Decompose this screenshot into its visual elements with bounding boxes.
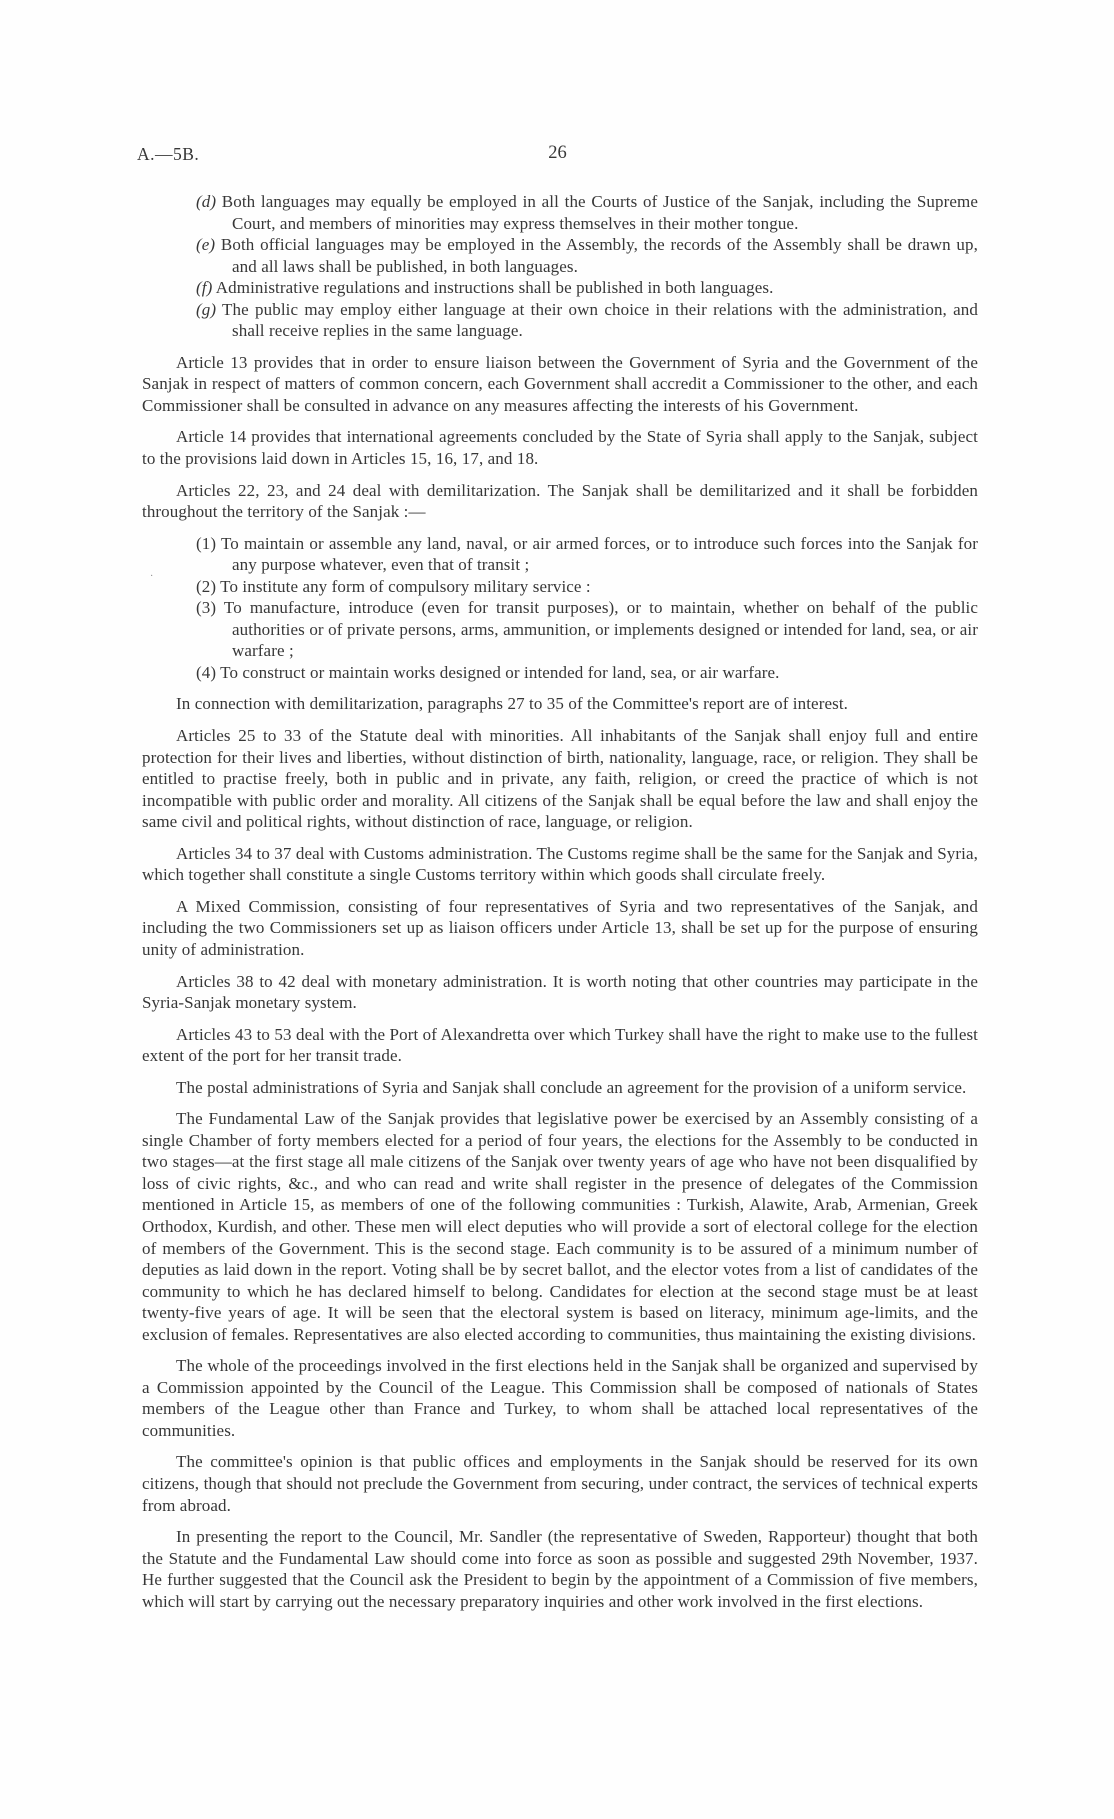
page-number: 26 xyxy=(137,143,978,164)
list-item-label: (2) xyxy=(196,577,216,596)
paragraph: Articles 22, 23, and 24 deal with demili… xyxy=(142,480,978,523)
list-item: (d) Both languages may equally be employ… xyxy=(142,191,978,234)
paragraph: A Mixed Commission, consisting of four r… xyxy=(142,896,978,961)
list-item: (g) The public may employ either languag… xyxy=(142,299,978,342)
page-header: A.—5B. 26 xyxy=(137,144,978,166)
list-item-label: (1) xyxy=(196,534,216,553)
document-page: A.—5B. 26 (d) Both languages may equally… xyxy=(0,0,1114,1819)
list-item-label: (e) xyxy=(196,235,215,254)
list-item: (1) To maintain or assemble any land, na… xyxy=(142,533,978,576)
paragraph: The Fundamental Law of the Sanjak provid… xyxy=(142,1108,978,1345)
document-body: (d) Both languages may equally be employ… xyxy=(142,191,978,1622)
paragraph: The committee's opinion is that public o… xyxy=(142,1451,978,1516)
paragraph: Articles 34 to 37 deal with Customs admi… xyxy=(142,843,978,886)
list-item-label: (g) xyxy=(196,300,216,319)
paragraph: Articles 43 to 53 deal with the Port of … xyxy=(142,1024,978,1067)
paragraph: The whole of the proceedings involved in… xyxy=(142,1355,978,1441)
paragraph: The postal administrations of Syria and … xyxy=(142,1077,978,1099)
list-item-label: (d) xyxy=(196,192,216,211)
list-item: (f) Administrative regulations and instr… xyxy=(142,277,978,299)
paragraph: In connection with demilitarization, par… xyxy=(142,693,978,715)
paragraph: Article 14 provides that international a… xyxy=(142,426,978,469)
list-item: (4) To construct or maintain works desig… xyxy=(142,662,978,684)
list-item-label: (3) xyxy=(196,598,216,617)
paragraph: Article 13 provides that in order to ens… xyxy=(142,352,978,417)
scan-artifact: · xyxy=(150,572,153,582)
list-item: (3) To manufacture, introduce (even for … xyxy=(142,597,978,662)
list-item-label: (f) xyxy=(196,278,212,297)
list-item-label: (4) xyxy=(196,663,216,682)
paragraph: Articles 25 to 33 of the Statute deal wi… xyxy=(142,725,978,833)
paragraph: Articles 38 to 42 deal with monetary adm… xyxy=(142,971,978,1014)
list-item: (2) To institute any form of compulsory … xyxy=(142,576,978,598)
list-item: (e) Both official languages may be emplo… xyxy=(142,234,978,277)
paragraph: In presenting the report to the Council,… xyxy=(142,1526,978,1612)
